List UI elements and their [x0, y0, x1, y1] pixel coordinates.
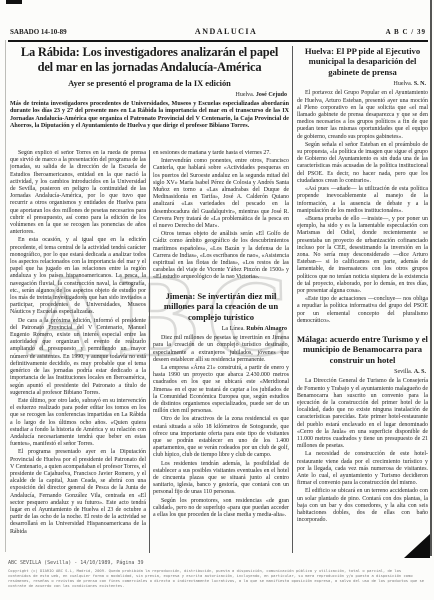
- archive-copyright-text: Copyright (c) DIARIO ABC S.L, Madrid, 20…: [8, 568, 426, 589]
- scan-edge-mark: [6, 0, 22, 4]
- jimena-byline: La Línea. Rubén Almagro: [153, 326, 287, 332]
- scan-edge-right: [430, 0, 432, 556]
- header-section: ANDALUCIA: [195, 27, 257, 36]
- newspaper-page: ABC SABADO 14-10-89 ANDALUCIA A B C / 39…: [0, 0, 434, 600]
- main-headline-line1: La Rábida: Los investigadores analizarán…: [21, 45, 278, 59]
- malaga-byline: Sevilla. A. S.: [297, 369, 426, 375]
- main-headline-line2: del mar en las jornadas Andalucía-Améric…: [38, 60, 262, 74]
- jimena-article: Jimena: Se invertirán diez mil millones …: [153, 291, 289, 520]
- paragraph: La empresa «Área 21» construirá, a parti…: [153, 365, 289, 415]
- column-divider-inner: [149, 150, 150, 553]
- paragraph: El programa presentado ayer en la Diputa…: [10, 449, 146, 535]
- paragraph: Según señala el señor Esteban en el preá…: [297, 142, 428, 185]
- main-subhead: Ayer se presentó el programa de la IX ed…: [10, 79, 289, 88]
- byline-city: Huelva.: [394, 81, 413, 87]
- main-article-column-1: Según explicó el señor Torres en la rued…: [10, 150, 146, 553]
- archive-reference-line: ABC SEVILLA (Sevilla) - 14/10/1989, Pági…: [8, 560, 426, 566]
- byline-author: S. N.: [414, 81, 426, 87]
- header-page-number: A B C / 39: [386, 28, 426, 36]
- byline-author: José Cejudo: [256, 92, 287, 98]
- paragraph: Otros temas objeto de análisis serán «El…: [153, 231, 289, 281]
- jimena-headline: Jimena: Se invertirán diez mil millones …: [153, 291, 289, 322]
- paragraph: El portavoz del Grupo Popular en el Ayun…: [297, 90, 428, 140]
- main-byline: Huelva. José Cejudo: [10, 92, 287, 98]
- main-headline: La Rábida: Los investigadores analizarán…: [10, 45, 289, 75]
- byline-city: Huelva.: [236, 92, 255, 98]
- paragraph: Diez mil millones de pesetas se invertir…: [153, 335, 289, 364]
- column-divider-right: [292, 46, 293, 553]
- huelva-headline: Huelva: El PP pide al Ejecutivo municipa…: [297, 46, 428, 77]
- huelva-byline: Huelva. S. N.: [297, 81, 426, 87]
- paragraph: Los residentes tendrán además, la posibi…: [153, 461, 289, 497]
- paragraph: Este último, por otro lado, subrayó en s…: [10, 398, 146, 448]
- byline-city: La Línea.: [222, 326, 245, 332]
- malaga-headline: Málaga: acuerdo entre Turismo y el munic…: [297, 334, 428, 365]
- scan-edge-left: [5, 40, 6, 552]
- paragraph: Otro de los atractivos de la zona reside…: [153, 416, 289, 459]
- header-rule: [8, 40, 428, 42]
- main-article-column-2: en sesiones de mañana y tarde hasta el v…: [153, 150, 289, 553]
- main-lead-paragraph: Más de treinta investigadores procedente…: [10, 101, 289, 131]
- paragraph: en sesiones de mañana y tarde hasta el v…: [153, 150, 289, 157]
- huelva-article: Huelva: El PP pide al Ejecutivo municipa…: [297, 46, 428, 325]
- malaga-article: Málaga: acuerdo entre Turismo y el munic…: [297, 334, 428, 525]
- paragraph: Según explicó el señor Torres en la rued…: [10, 150, 146, 236]
- byline-city: Sevilla.: [394, 369, 412, 375]
- paragraph: «Así pues —añade— la utilización de esta…: [297, 186, 428, 215]
- paragraph: El edificio se ubicará en un terreno acc…: [297, 488, 428, 524]
- page-header: SABADO 14-10-89 ANDALUCIA A B C / 39: [10, 27, 426, 36]
- paragraph: Según los promotores, son residencias «d…: [153, 498, 289, 520]
- right-column: Huelva: El PP pide al Ejecutivo municipa…: [297, 46, 428, 553]
- header-date: SABADO 14-10-89: [10, 28, 67, 36]
- byline-author: Rubén Almagro: [246, 326, 287, 332]
- main-article-head: La Rábida: Los investigadores analizarán…: [10, 45, 289, 131]
- paragraph: «Buena prueba de ello —insiste—, y por p…: [297, 216, 428, 295]
- paragraph: La necesidad de construcción de este hot…: [297, 451, 428, 487]
- paragraph: La Dirección General de Turismo de la Co…: [297, 378, 428, 450]
- paragraph: Intervendrán como ponentes, entre otros,…: [153, 158, 289, 230]
- byline-author: A. S.: [414, 369, 426, 375]
- paragraph: En esta ocasión, y al igual que en la ed…: [10, 237, 146, 316]
- paragraph: De cara a la próxima edición, informó el…: [10, 318, 146, 397]
- paragraph: «Este tipo de actuaciones —concluye— nos…: [297, 296, 428, 325]
- archive-footer: ABC SEVILLA (Sevilla) - 14/10/1989, Pági…: [8, 560, 426, 589]
